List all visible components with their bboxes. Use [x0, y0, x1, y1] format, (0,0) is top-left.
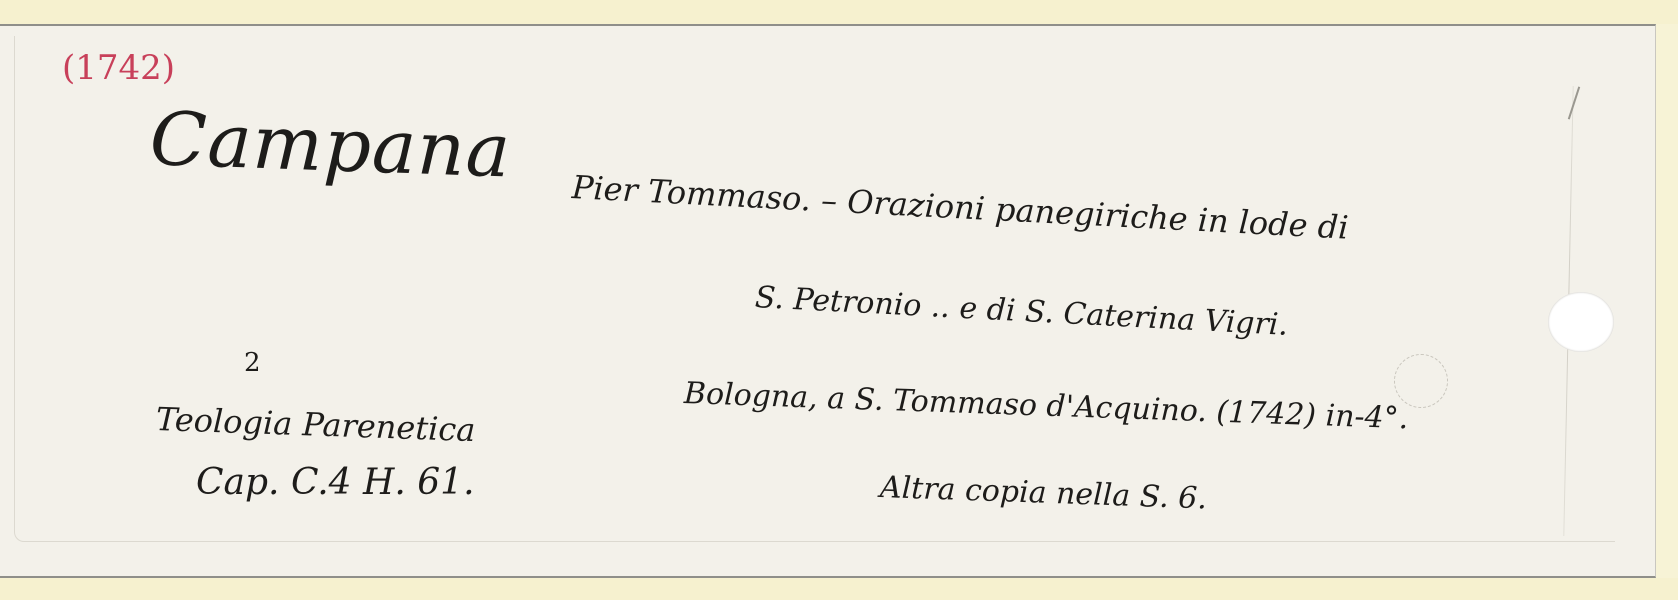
shelfmark: Cap. C.4 H. 61. — [196, 462, 475, 503]
ghost-punch-mark — [1394, 354, 1448, 408]
date-annotation: (1742) — [62, 48, 175, 88]
heading-surname: Campana — [148, 96, 512, 195]
scanner-background-top — [0, 0, 1678, 24]
scanner-background-bottom — [0, 578, 1678, 600]
classification-number: 2 — [244, 348, 261, 378]
punch-hole — [1548, 292, 1614, 352]
